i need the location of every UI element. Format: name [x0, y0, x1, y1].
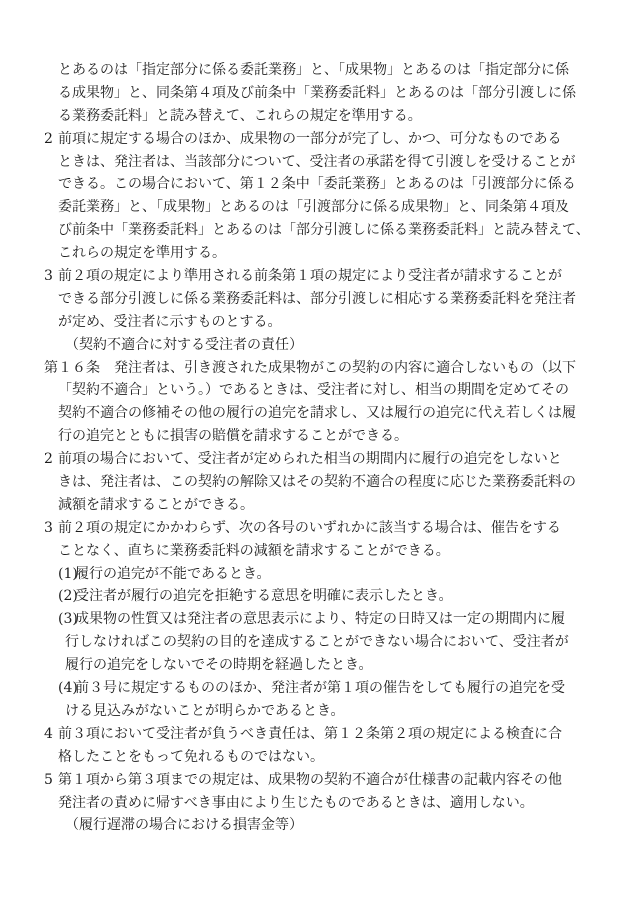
article-line: 第１６条 発注者は、引き渡された成果物がこの契約の内容に適合しないもの（以下	[44, 357, 592, 380]
paragraph-line: 2前項に規定する場合のほか、成果物の一部分が完了し、かつ、可分なものである	[44, 128, 592, 151]
doc-line: 履行の追完をしないでその時期を経過したとき。	[65, 654, 592, 677]
doc-line-text: 前項の場合において、受注者が定められた相当の期間内に履行の追完をしないと	[58, 451, 562, 467]
doc-line-text: 前２項の規定にかかわらず、次の各号のいずれかに該当する場合は、催告をする	[58, 520, 561, 536]
doc-line-text: 前２項の規定により準用される前条第１項の規定により受注者が請求することが	[58, 268, 562, 284]
doc-line: が定め、受注者に示すものとする。	[58, 311, 592, 334]
doc-line-text: 前項に規定する場合のほか、成果物の一部分が完了し、かつ、可分なものである	[58, 131, 561, 147]
paragraph-number: 2	[44, 128, 58, 151]
paragraph-line: 5第１項から第３項までの規定は、成果物の契約不適合が仕様書の記載内容その他	[44, 769, 592, 792]
doc-line: とあるのは「指定部分に係る委託業務」と、「成果物」とあるのは「指定部分に係	[58, 59, 592, 82]
item-number: (4)	[58, 677, 75, 700]
doc-line: 「契約不適合」という。）であるときは、受注者に対し、相当の期間を定めてその	[58, 379, 592, 402]
document-page: とあるのは「指定部分に係る委託業務」と、「成果物」とあるのは「指定部分に係 る成…	[0, 0, 630, 903]
item-line: (4)前３号に規定するもののほか、発注者が第１項の催告をしても履行の追完を受	[58, 677, 592, 700]
doc-line-text: 受注者が履行の追完を拒絶する意思を明確に表示したとき。	[75, 588, 452, 604]
item-number: (1)	[58, 563, 75, 586]
item-line: (2)受注者が履行の追完を拒絶する意思を明確に表示したとき。	[58, 585, 592, 608]
doc-line-text: 第１項から第３項までの規定は、成果物の契約不適合が仕様書の記載内容その他	[58, 772, 562, 788]
doc-line: る成果物」と、同条第４項及び前条中「業務委託料」とあるのは「部分引渡しに係	[58, 82, 592, 105]
paragraph-line: 4前３項において受注者が負うべき責任は、第１２条第２項の規定による検査に合	[44, 723, 592, 746]
doc-line: る業務委託料」と読み替えて、これらの規定を準用する。	[58, 105, 592, 128]
doc-line: び前条中「業務委託料」とあるのは「部分引渡しに係る業務委託料」と読み替えて、	[58, 219, 592, 242]
doc-line-text: 前３号に規定するもののほか、発注者が第１項の催告をしても履行の追完を受	[75, 680, 565, 696]
item-line: (3)成果物の性質又は発注者の意思表示により、特定の日時又は一定の期間内に履	[58, 608, 592, 631]
section-heading: （契約不適合に対する受注者の責任）	[65, 334, 592, 357]
doc-line: ける見込みがないことが明らかであるとき。	[65, 700, 592, 723]
doc-line: できる部分引渡しに係る業務委託料は、部分引渡しに相応する業務委託料を発注者	[58, 288, 592, 311]
doc-line: 格したことをもって免れるものではない。	[58, 746, 592, 769]
doc-line: 委託業務」と、「成果物」とあるのは「引渡部分に係る成果物」と、同条第４項及	[58, 196, 592, 219]
item-number: (2)	[58, 585, 75, 608]
section-heading: （履行遅滞の場合における損害金等）	[65, 814, 592, 837]
item-number: (3)	[58, 608, 75, 631]
doc-line: 発注者の責めに帰すべき事由により生じたものであるときは、適用しない。	[58, 792, 592, 815]
paragraph-number: 3	[44, 517, 58, 540]
paragraph-line: 2前項の場合において、受注者が定められた相当の期間内に履行の追完をしないと	[44, 448, 592, 471]
paragraph-number: 2	[44, 448, 58, 471]
doc-line-text: 履行の追完が不能であるとき。	[75, 566, 270, 582]
doc-line: これらの規定を準用する。	[58, 242, 592, 265]
paragraph-line: 3前２項の規定にかかわらず、次の各号のいずれかに該当する場合は、催告をする	[44, 517, 592, 540]
doc-line: 契約不適合の修補その他の履行の追完を請求し、又は履行の追完に代え若しくは履	[58, 402, 592, 425]
doc-line: 行しなければこの契約の目的を達成することができない場合において、受注者が	[65, 631, 592, 654]
doc-line: ことなく、直ちに業務委託料の減額を請求することができる。	[58, 540, 592, 563]
doc-line: ときは、発注者は、当該部分について、受注者の承諾を得て引渡しを受けることが	[58, 151, 592, 174]
doc-line-text: 前３項において受注者が負うべき責任は、第１２条第２項の規定による検査に合	[58, 726, 562, 742]
paragraph-number: 3	[44, 265, 58, 288]
doc-line: きは、発注者は、この契約の解除又はその契約不適合の程度に応じた業務委託料の	[58, 471, 592, 494]
item-line: (1)履行の追完が不能であるとき。	[58, 563, 592, 586]
paragraph-number: 5	[44, 769, 58, 792]
paragraph-number: 4	[44, 723, 58, 746]
doc-line: 行の追完とともに損害の賠償を請求することができる。	[58, 425, 592, 448]
doc-line: できる。この場合において、第１２条中「委託業務」とあるのは「引渡部分に係る	[58, 173, 592, 196]
doc-line: 減額を請求することができる。	[58, 494, 592, 517]
paragraph-line: 3前２項の規定により準用される前条第１項の規定により受注者が請求することが	[44, 265, 592, 288]
doc-line-text: 成果物の性質又は発注者の意思表示により、特定の日時又は一定の期間内に履	[75, 611, 565, 627]
document-body: とあるのは「指定部分に係る委託業務」と、「成果物」とあるのは「指定部分に係 る成…	[44, 59, 592, 837]
